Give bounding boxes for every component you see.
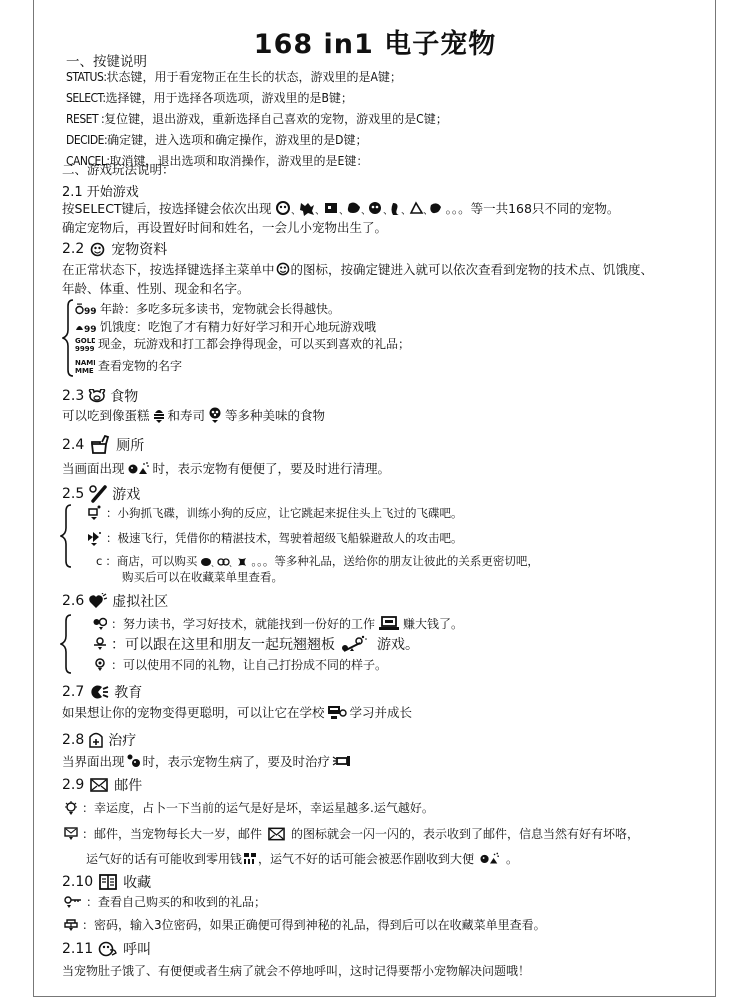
age-row: 99 年龄：多吃多玩多读书，宠物就会长得越快。 bbox=[75, 300, 340, 317]
text: 游戏。 bbox=[377, 634, 419, 654]
collection-book-icon bbox=[99, 874, 117, 890]
section-number: 2.3 bbox=[62, 388, 84, 404]
text: ：商店，可以购买 bbox=[105, 553, 197, 569]
text: ：密码，输入3位密码，如果正确便可得到神秘的礼品，得到后可以在收藏菜单里查看。 bbox=[82, 916, 546, 933]
text: 饥饿度：吃饱了才有精力好好学习和开心地玩游戏哦 bbox=[100, 318, 376, 335]
section-2-3-line: 可以吃到像蛋糕 和寿司 等多种美味的食物 bbox=[62, 406, 325, 424]
hunger-icon: 99 bbox=[75, 321, 97, 333]
svg-text:GOLD: GOLD bbox=[75, 337, 95, 345]
medical-icon bbox=[88, 732, 104, 748]
svg-text:、: 、 bbox=[315, 206, 325, 216]
section-number: 2.10 bbox=[62, 874, 93, 890]
password-icon bbox=[64, 918, 78, 932]
sushi-icon bbox=[208, 407, 222, 424]
section-title: 治疗 bbox=[108, 730, 136, 750]
curly-brace bbox=[60, 503, 72, 569]
food-icon bbox=[88, 389, 106, 403]
text: 。。。等一共168只不同的宠物。 bbox=[446, 199, 620, 217]
key-label: DECIDE: bbox=[66, 133, 107, 147]
section-title: 游戏 bbox=[112, 484, 140, 504]
key-reset-line: RESET :复位键，退出游戏，重新选择自己喜欢的宠物，游戏里的是C键； bbox=[66, 110, 448, 127]
collection-password-row: ：密码，输入3位密码，如果正确便可得到神秘的礼品，得到后可以在收藏菜单里查看。 bbox=[64, 916, 546, 933]
section-heading-keys: 一、按键说明 bbox=[66, 50, 147, 70]
text: 现金，玩游戏和打工都会挣得现金，可以买到喜欢的礼品； bbox=[98, 335, 410, 352]
text: ，运气不好的话可能会被恶作剧收到大便 bbox=[258, 850, 474, 867]
svg-text:MME: MME bbox=[75, 367, 94, 374]
gift-items-icons: 、、 bbox=[200, 556, 248, 567]
section-2-2-title: 2.2 宠物资料 bbox=[62, 239, 167, 259]
game-flight-row: ：极速飞行，凭借你的精湛技术，驾驶着超级飞船躲避敌人的攻击吧。 bbox=[86, 530, 463, 546]
sick-icon bbox=[127, 754, 141, 768]
section-2-8-line: 当界面出现 时，表示宠物生病了，要及时治疗 bbox=[62, 752, 352, 770]
section-2-1-line1: 按SELECT键后，按选择键会依次出现 、 、 、 、 、 、 、 。。。等一共 bbox=[62, 199, 619, 217]
text: 年龄：多吃多玩多读书，宠物就会长得越快。 bbox=[100, 300, 340, 317]
poop-icon bbox=[128, 462, 150, 475]
key-select-line: SELECT:选择键，用于选择各项选项，游戏里的是B键； bbox=[66, 89, 353, 106]
section-heading-gameplay: 二、游戏玩法说明： bbox=[62, 160, 175, 178]
svg-text:99: 99 bbox=[84, 325, 97, 333]
text: ：小狗抓飞碟，训练小狗的反应，让它跳起来捉住头上飞过的飞碟吧。 bbox=[106, 505, 463, 521]
cake-icon bbox=[153, 407, 165, 424]
education-icon bbox=[89, 684, 109, 700]
section-number: 2.8 bbox=[62, 732, 84, 748]
text: 按SELECT键后，按选择键会依次出现 bbox=[62, 199, 272, 217]
curly-brace bbox=[60, 613, 72, 675]
age-icon: 99 bbox=[75, 303, 97, 315]
dressup-icon bbox=[93, 658, 107, 672]
section-2-7-line: 如果想让你的宠物变得更聪明，可以让它在学校 学习并成长 bbox=[62, 703, 412, 721]
section-2-3-title: 2.3 食物 bbox=[62, 386, 138, 406]
section-2-7-title: 2.7 教育 bbox=[62, 682, 142, 702]
key-decide-line: DECIDE:确定键，进入选项和确定操作，游戏里的是D键； bbox=[66, 131, 367, 148]
spaceship-icon bbox=[86, 530, 102, 546]
section-number: 2.5 bbox=[62, 486, 84, 502]
svg-text:、: 、 bbox=[291, 206, 301, 216]
section-title: 虚拟社区 bbox=[112, 591, 168, 611]
work-computer-icon bbox=[378, 616, 400, 631]
section-number: 2.4 bbox=[62, 437, 84, 453]
svg-text:99: 99 bbox=[84, 307, 97, 315]
key-icon bbox=[64, 895, 82, 909]
section-2-11-title: 2.11 呼叫 bbox=[62, 939, 151, 959]
section-number: 2.6 bbox=[62, 593, 84, 609]
text: 当画面出现 bbox=[62, 459, 125, 477]
text: 的图标，按确定键进入就可以依次查看到宠物的技术点、饥饿度、 bbox=[291, 260, 654, 278]
text: 。 bbox=[506, 850, 518, 867]
text: ：极速飞行，凭借你的精湛技术，驾驶着超级飞船躲避敌人的攻击吧。 bbox=[106, 530, 463, 546]
section-2-2-line1: 在正常状态下，按选择键选择主菜单中 的图标，按确定键进入就可以依次查看到宠物的技… bbox=[62, 260, 653, 278]
text: 和寿司 bbox=[168, 406, 206, 424]
section-2-1-title: 2.1 开始游戏 bbox=[62, 181, 139, 200]
section-2-8-title: 2.8 治疗 bbox=[62, 730, 136, 750]
section-2-1-line2: 确定宠物后，再设置好时间和姓名，一会儿小宠物出生了。 bbox=[62, 218, 387, 236]
text: 等多种美味的食物 bbox=[225, 406, 325, 424]
text: ：可以使用不同的礼物，让自己打扮成不同的样子。 bbox=[111, 656, 387, 673]
text: 。。。等多种礼品，送给你的朋友让彼此的关系更密切吧， bbox=[251, 553, 539, 569]
mail-luck-row: ：幸运度，占卜一下当前的运气是好是坏，幸运星越多.运气越好。 bbox=[64, 799, 434, 816]
toilet-icon bbox=[90, 435, 110, 455]
pet-profile-icon bbox=[276, 262, 290, 276]
section-2-9-title: 2.9 邮件 bbox=[62, 775, 142, 795]
key-desc: 确定键，进入选项和确定操作，游戏里的是D键； bbox=[107, 133, 367, 147]
game-dog-frisbee-row: ：小狗抓飞碟，训练小狗的反应，让它跳起来捉住头上飞过的飞碟吧。 bbox=[88, 505, 463, 521]
section-title: 宠物资料 bbox=[111, 239, 167, 259]
mail-icon bbox=[90, 778, 108, 792]
name-icon: NAMEMME bbox=[75, 358, 95, 374]
friends-icon bbox=[93, 637, 107, 651]
text: 时，表示宠物有便便了，要及时进行清理。 bbox=[153, 459, 391, 477]
text: 时，表示宠物生病了，要及时治疗 bbox=[143, 752, 331, 770]
dog-frisbee-icon bbox=[88, 505, 102, 521]
section-title: 邮件 bbox=[114, 775, 142, 795]
mail-row-cont: 运气好的话有可能收到零用钱 ，运气不好的话可能会被恶作剧收到大便 。 bbox=[86, 850, 518, 867]
text: 当界面出现 bbox=[62, 752, 125, 770]
text: 可以吃到像蛋糕 bbox=[62, 406, 150, 424]
section-2-5-title: 2.5 游戏 bbox=[62, 484, 140, 504]
section-title: 教育 bbox=[114, 682, 142, 702]
section-number: 2.7 bbox=[62, 684, 84, 700]
key-desc: 选择键，用于选择各项选项，游戏里的是B键； bbox=[105, 91, 352, 105]
collection-view-row: ：查看自己购买的和收到的礼品； bbox=[64, 893, 266, 910]
mail-row: ：邮件，当宠物每长大一岁，邮件 的图标就会一闪一闪的，表示收到了邮件，信息当然有… bbox=[64, 825, 639, 842]
key-desc: 状态键，用于看宠物正在生长的状态，游戏里的是A键； bbox=[106, 70, 401, 84]
svg-text:9999: 9999 bbox=[75, 345, 95, 352]
study-icon bbox=[93, 617, 107, 631]
section-2-10-title: 2.10 收藏 bbox=[62, 872, 151, 892]
luck-star-icon bbox=[64, 801, 78, 815]
svg-text:NAME: NAME bbox=[75, 359, 95, 367]
key-label: STATUS: bbox=[66, 70, 106, 84]
game-shop-row: c ：商店，可以购买 、、 。。。等多种礼品，送给你的朋友让彼此的关系更密切吧， bbox=[96, 553, 539, 569]
name-row: NAMEMME 查看宠物的名字 bbox=[75, 357, 182, 374]
curly-brace bbox=[62, 298, 74, 378]
text: 运气好的话有可能收到零用钱 bbox=[86, 850, 242, 867]
text: ：邮件，当宠物每长大一岁，邮件 bbox=[82, 825, 262, 842]
section-2-11-line: 当宠物肚子饿了、有便便或者生病了就会不停地呼叫，这时记得要帮小宠物解决问题哦！ bbox=[62, 962, 530, 979]
section-title: 食物 bbox=[110, 386, 138, 406]
section-number: 2.2 bbox=[62, 241, 84, 257]
text: 在正常状态下，按选择键选择主菜单中 bbox=[62, 260, 275, 278]
section-number: 2.9 bbox=[62, 777, 84, 793]
call-icon bbox=[98, 941, 118, 957]
key-label: RESET : bbox=[66, 112, 104, 126]
shop-label: c bbox=[96, 554, 102, 568]
section-2-6-title: 2.6 虚拟社区 bbox=[62, 591, 168, 611]
text: 赚大钱了。 bbox=[403, 615, 463, 632]
mail-icon bbox=[268, 827, 285, 841]
game-shop-row-cont: 购买后可以在收藏菜单里查看。 bbox=[122, 569, 283, 585]
community-dressup-row: ：可以使用不同的礼物，让自己打扮成不同的样子。 bbox=[93, 656, 387, 673]
syringe-icon bbox=[332, 755, 352, 767]
pocket-money-icon bbox=[243, 852, 257, 865]
svg-text:、: 、 bbox=[383, 206, 393, 216]
text: 查看宠物的名字 bbox=[98, 357, 182, 374]
text: 如果想让你的宠物变得更聪明，可以让它在学校 bbox=[62, 703, 325, 721]
poop-icon bbox=[480, 852, 500, 865]
community-seesaw-row: ：可以跟在这里和朋友一起玩翘翘板 游戏。 bbox=[93, 634, 419, 654]
gold-icon: GOLD9999 bbox=[75, 336, 95, 352]
section-2-4-line: 当画面出现 时，表示宠物有便便了，要及时进行清理。 bbox=[62, 459, 390, 477]
svg-text:、: 、 bbox=[401, 206, 411, 216]
svg-text:、: 、 bbox=[339, 206, 349, 216]
section-number: 2.11 bbox=[62, 941, 93, 957]
mail-small-icon bbox=[64, 827, 78, 841]
pet-icons-sequence: 、 、 、 、 、 、 、 bbox=[275, 200, 443, 216]
school-icon bbox=[327, 705, 347, 720]
text: ：幸运度，占卜一下当前的运气是好是坏，幸运星越多.运气越好。 bbox=[82, 799, 434, 816]
seesaw-icon bbox=[341, 635, 367, 653]
hunger-row: 99 饥饿度：吃饱了才有精力好好学习和开心地玩游戏哦 bbox=[75, 318, 376, 335]
text: 的图标就会一闪一闪的，表示收到了邮件，信息当然有好有坏咯， bbox=[291, 825, 639, 842]
community-work-row: ：努力读书，学习好技术，就能找到一份好的工作 赚大钱了。 bbox=[93, 615, 463, 632]
svg-text:、: 、 bbox=[229, 559, 237, 567]
section-title: 收藏 bbox=[123, 872, 151, 892]
key-label: SELECT: bbox=[66, 91, 105, 105]
heart-community-icon bbox=[89, 593, 107, 609]
key-desc: 复位键，退出游戏，重新选择自己喜欢的宠物，游戏里的是C键； bbox=[104, 112, 448, 126]
text: 学习并成长 bbox=[350, 703, 413, 721]
key-status-line: STATUS:状态键，用于看宠物正在生长的状态，游戏里的是A键； bbox=[66, 68, 402, 85]
section-title: 厕所 bbox=[116, 435, 144, 455]
pet-profile-icon bbox=[90, 242, 105, 257]
text: ：查看自己购买的和收到的礼品； bbox=[86, 893, 266, 910]
section-title: 呼叫 bbox=[123, 939, 151, 959]
game-icon bbox=[89, 485, 107, 503]
section-2-4-title: 2.4 厕所 bbox=[62, 435, 144, 455]
section-2-2-line2: 年龄、体重、性别、现金和名字。 bbox=[62, 279, 250, 297]
text: ：可以跟在这里和朋友一起玩翘翘板 bbox=[111, 634, 335, 654]
gold-row: GOLD9999 现金，玩游戏和打工都会挣得现金，可以买到喜欢的礼品； bbox=[75, 335, 410, 352]
text: ：努力读书，学习好技术，就能找到一份好的工作 bbox=[111, 615, 375, 632]
